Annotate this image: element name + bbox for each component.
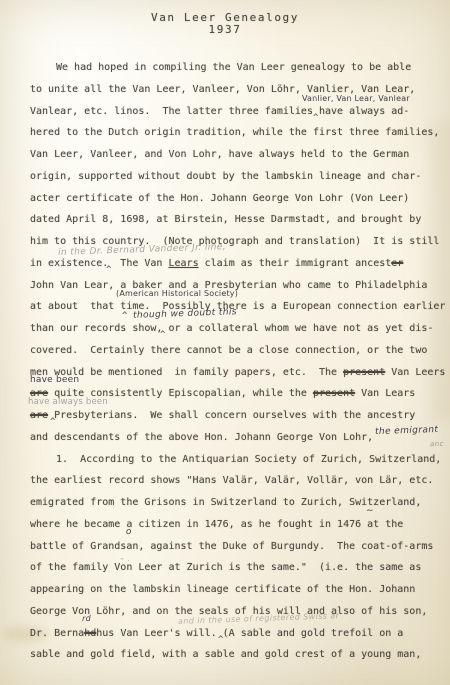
typed-line: the earliest record shows "Hans Valär, V… — [30, 470, 448, 492]
document-header: Van Leer Genealogy 1937 — [0, 12, 450, 36]
caret-mark: ^ — [106, 266, 111, 275]
typed-segment: Van Lears — [355, 388, 415, 399]
typed-line: at about that time. Possibly there is a … — [30, 296, 448, 318]
typed-segment: claim as their immigrant ancest — [199, 258, 392, 269]
handwritten-tilde-mark: ~ — [366, 507, 374, 516]
typed-line: covered. Certainly there cannot be a clo… — [30, 340, 448, 362]
handwritten-anc: anc — [430, 440, 444, 449]
struck-letters: hd — [84, 628, 96, 639]
handwritten-name-variants: Vanlier, Van Lear, Vanlear — [302, 94, 410, 103]
typed-segment: Presbyterians. We shall concern ourselve… — [48, 410, 415, 421]
typed-segment: in existence. The Van — [30, 258, 168, 269]
struck-word: are — [30, 410, 48, 421]
typed-line: 1. According to the Antiquarian Society … — [30, 449, 448, 471]
typed-line: battle of Grandsan, against the Duke of … — [30, 536, 448, 558]
typed-line: John Van Lear, a baker and a Presbyteria… — [30, 275, 448, 297]
document-page: Van Leer Genealogy 1937 We had hoped in … — [0, 0, 450, 685]
typed-segment: Dr. Berna — [30, 628, 84, 639]
typed-line: emigrated from the Grisons in Switzerlan… — [30, 492, 448, 514]
handwritten-society-note: (American Historical Society) — [116, 289, 238, 298]
typed-segment: Van Leers — [385, 367, 445, 378]
handwritten-stray-marks: – . — [120, 554, 131, 563]
caret-mark: ^ — [50, 418, 55, 427]
struck-word: er — [391, 258, 403, 269]
caret-mark: ^ — [122, 312, 127, 321]
typed-line: origin, supported without doubt by the l… — [30, 166, 448, 188]
underlined-word: Lears — [168, 258, 198, 269]
typed-line: men would be mentioned in family papers,… — [30, 362, 448, 384]
typed-line: dated April 8, 1698, at Birstein, Hesse … — [30, 209, 448, 231]
typed-body: We had hoped in compiling the Van Leer g… — [30, 57, 448, 666]
typed-line: Van Leer, Vanleer, and Von Lohr, have al… — [30, 144, 448, 166]
typed-segment: hus Van Leer's will. (A sable and gold t… — [96, 628, 403, 639]
typed-line: sable and gold field, with a sable and g… — [30, 644, 448, 666]
caret-mark: ^ — [313, 114, 318, 123]
typed-line: where he became a citizen in 1476, as he… — [30, 514, 448, 536]
document-year: 1937 — [0, 24, 450, 36]
typed-line: than our records show, or a collateral w… — [30, 318, 448, 340]
handwritten-rd-correction: rd — [82, 614, 91, 623]
typed-line: are Presbyterians. We shall concern ours… — [30, 405, 448, 427]
typed-line: appearing on the lambskin lineage certif… — [30, 579, 448, 601]
caret-mark: ^ — [160, 331, 165, 340]
typed-line: acter certificate of the Hon. Johann Geo… — [30, 188, 448, 210]
handwritten-have-always-been: have always been — [28, 398, 108, 407]
typed-line: hered to the Dutch origin tradition, whi… — [30, 122, 448, 144]
struck-word: present — [343, 367, 385, 378]
typed-line: Dr. Bernahdhus Van Leer's will. (A sable… — [30, 623, 448, 645]
struck-word: present — [313, 388, 355, 399]
handwritten-have-been: have been — [30, 376, 79, 385]
typed-line: of the family Von Leer at Zurich is the … — [30, 557, 448, 579]
typed-line: We had hoped in compiling the Van Leer g… — [30, 57, 448, 79]
typed-line: Vanlear, etc. linos. The latter three fa… — [30, 101, 448, 123]
handwritten-o-correction: o — [126, 528, 132, 537]
caret-mark: ^ — [218, 636, 223, 645]
